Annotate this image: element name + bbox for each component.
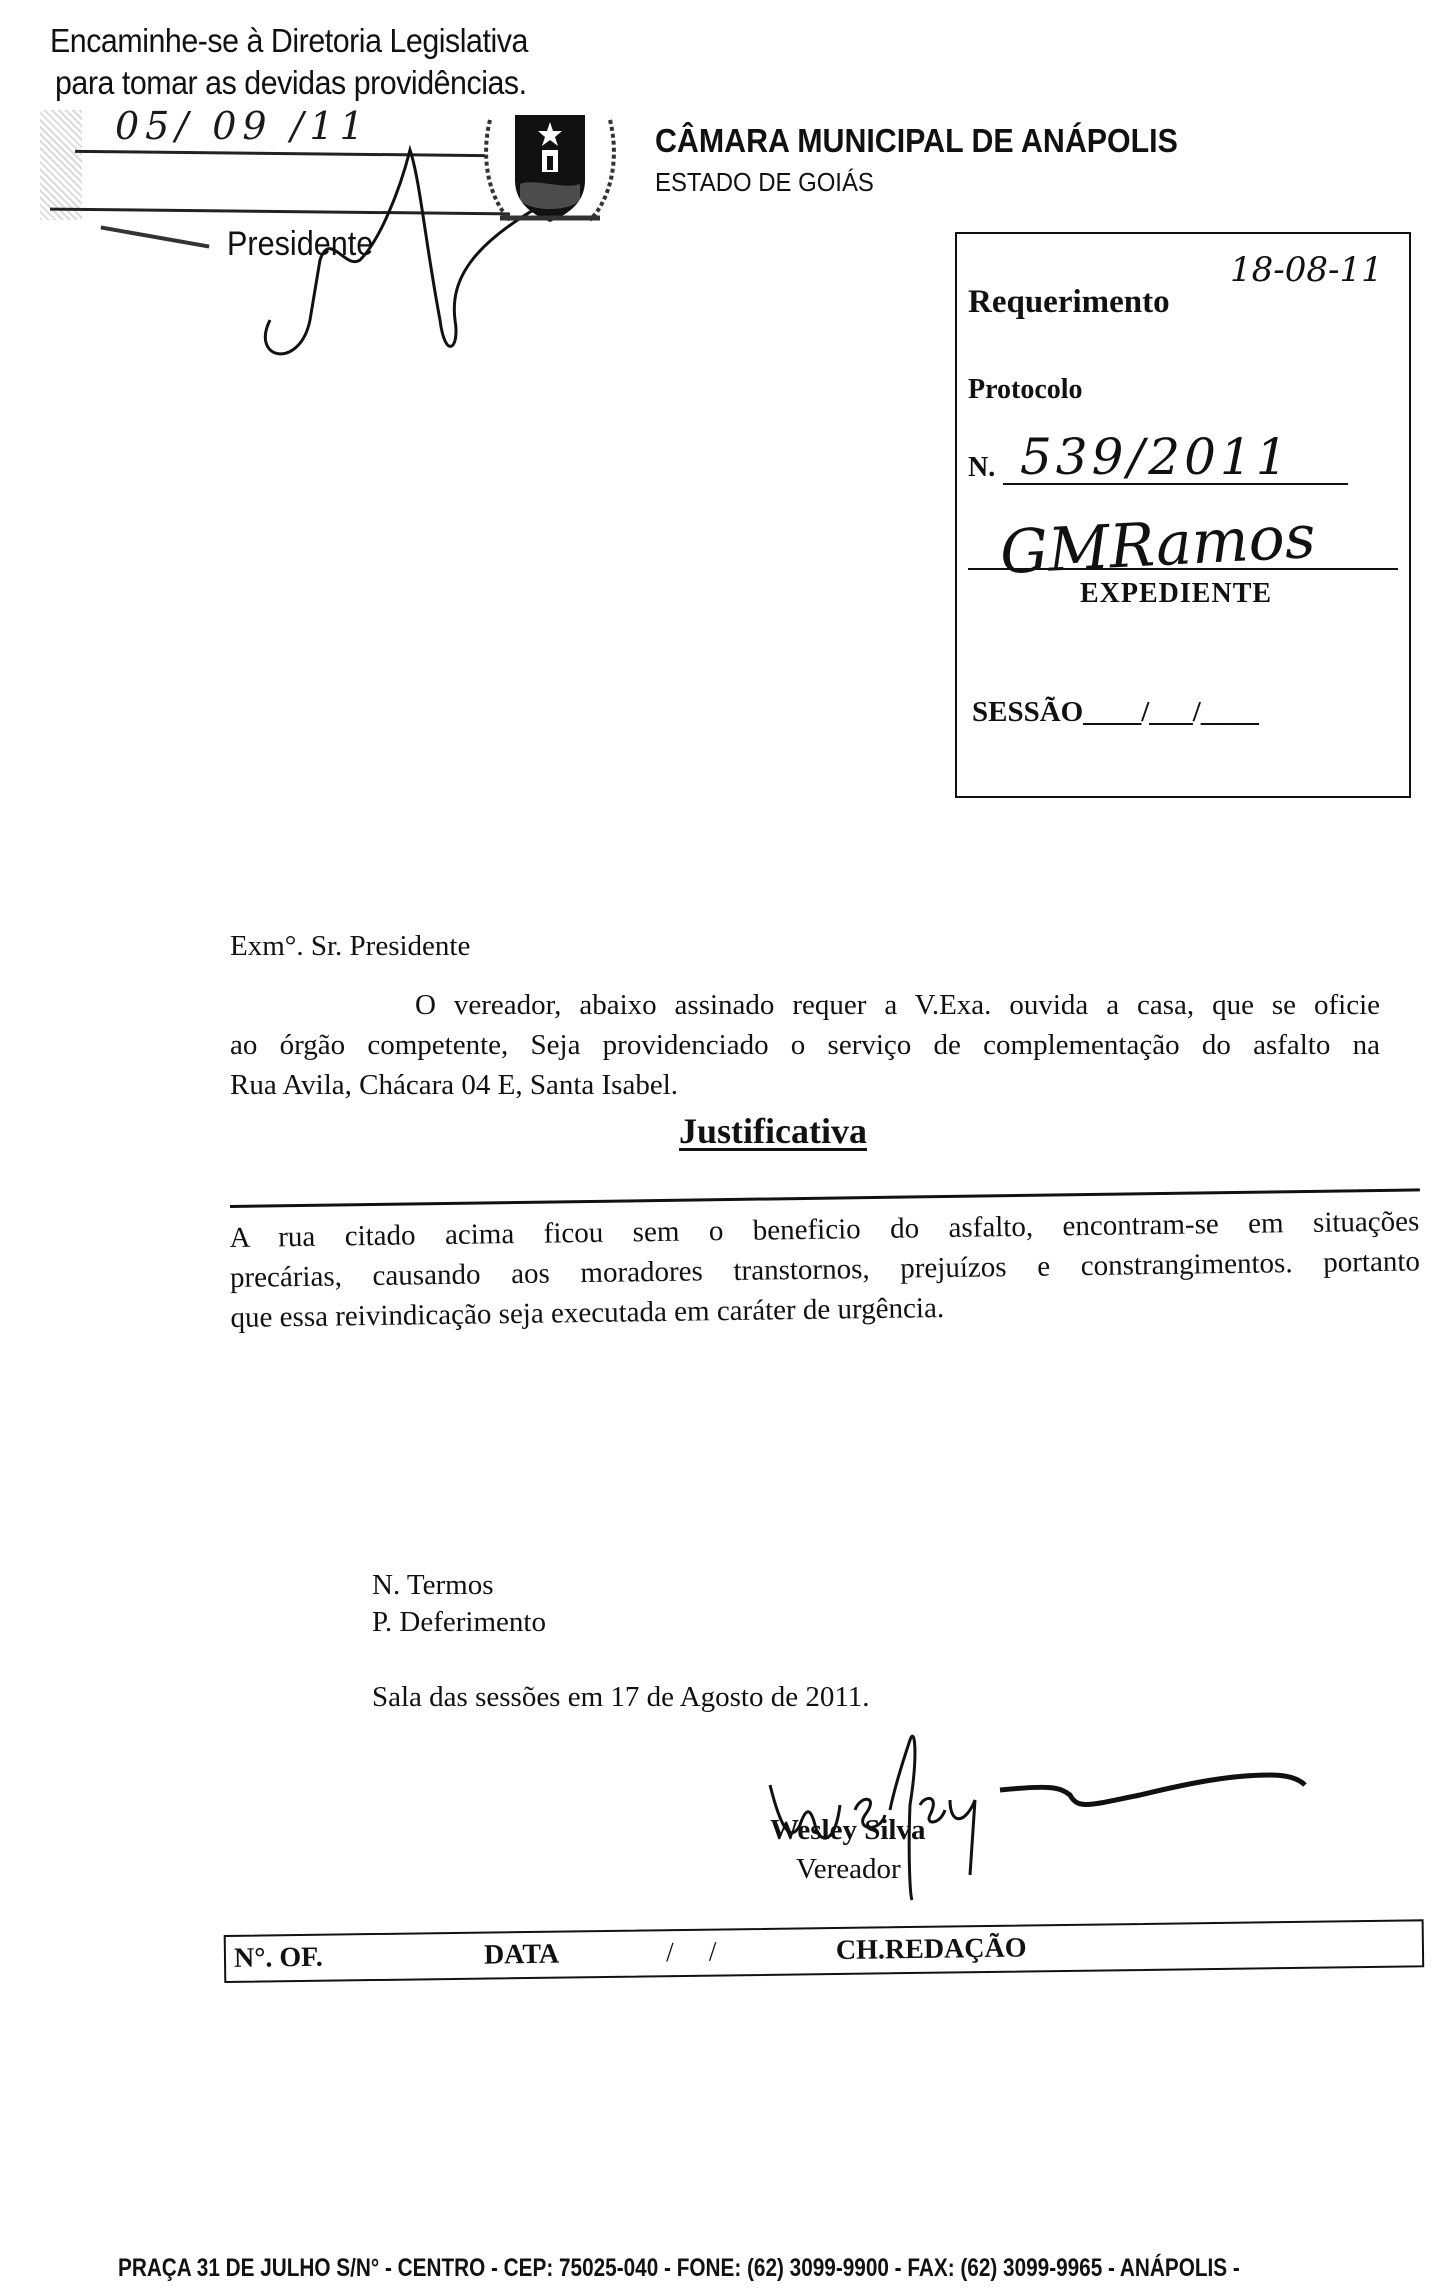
dispatch-dash [100,225,209,248]
date-label: DATA [484,1939,560,1972]
dispatch-instruction-line1: Encaminhe-se à Diretoria Legislativa [50,22,528,60]
office-number-label: N°. OF. [234,1942,323,1975]
organization-name: CÂMARA MUNICIPAL DE ANÁPOLIS [655,122,1178,160]
protocol-label: Protocolo [968,374,1083,406]
request-line: Rua Avila, Chácara 04 E, Santa Isabel. [230,1065,1380,1105]
expediente-label: EXPEDIENTE [1080,578,1272,610]
protocol-number-prefix: N. [968,452,995,484]
drafting-label: CH.REDAÇÃO [836,1932,1027,1966]
request-line: ao órgão competente, Seja providenciado … [230,1025,1380,1065]
protocol-number-value: 539/2011 [1020,428,1292,486]
dispatch-instruction-line2: para tomar as devidas providências. [55,64,527,102]
closing-line-deferment: P. Deferimento [372,1602,546,1642]
councillor-role: Vereador [796,1853,901,1886]
salutation: Exm°. Sr. Presidente [230,926,470,966]
request-paragraph: O vereador, abaixo assinado requer a V.E… [230,985,1380,1105]
municipal-coat-of-arms-icon [480,100,620,230]
expediente-rule [968,568,1398,570]
protocol-handwritten-date: 18-08-11 [1230,250,1383,290]
protocol-title: Requerimento [968,284,1170,321]
place-and-date: Sala das sessões em 17 de Agosto de 2011… [372,1677,870,1717]
footer-address: PRAÇA 31 DE JULHO S/N° - CENTRO - CEP: 7… [118,2254,1240,2283]
justification-heading-text: Justificativa [589,1111,867,1151]
councillor-name: Wesley Silva [770,1814,925,1847]
justification-heading: Justificativa [0,1110,1456,1152]
justification-paragraph: A rua citado acima ficou sem o beneficio… [229,1201,1421,1338]
organization-state: ESTADO DE GOIÁS [655,167,874,198]
session-date-field: SESSÃO____/___/____ [972,696,1259,729]
scan-artifact [40,110,82,220]
office-record-strip: N°. OF. DATA / / CH.REDAÇÃO [224,1919,1425,1983]
closing-line-terms: N. Termos [372,1565,493,1605]
date-blank: / / [666,1937,717,1970]
request-line: O vereador, abaixo assinado requer a V.E… [230,985,1380,1025]
protocol-number-rule [1003,483,1348,485]
